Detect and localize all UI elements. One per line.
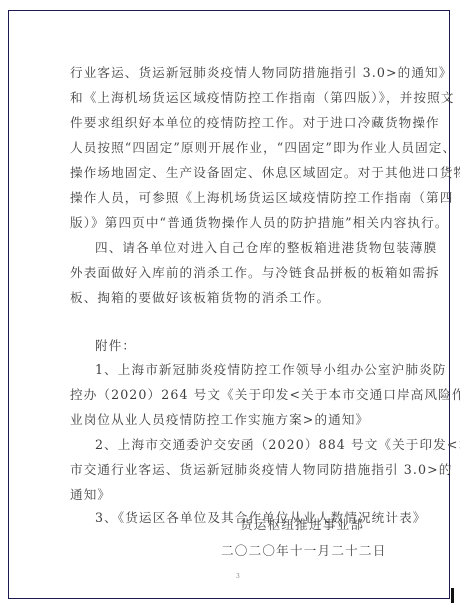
- body-line: 人员按照“四固定”原则开展作业，“四固定”即为作业人员固定、: [70, 139, 396, 157]
- body-line: 操作人员，可参照《上海机场货运区域疫情防控工作指南（第四: [70, 189, 396, 207]
- attachment-1-line: 控办（2020）264 号文《关于印发<关于本市交通口岸高风险作: [70, 386, 396, 404]
- item4-line: 板、掏箱的要做好该板箱货物的消杀工作。: [70, 289, 396, 307]
- attachment-1-line: 业岗位从业人员疫情防控工作实施方案>的通知》: [70, 411, 396, 429]
- attachment-2-line: 2、上海市交通委沪交安函（2020）884 号文《关于印发<本: [95, 436, 396, 454]
- attachment-1-line: 1、上海市新冠肺炎疫情防控工作领导小组办公室沪肺炎防: [95, 361, 396, 379]
- body-line: 件要求组织好本单位的疫情防控工作。对于进口冷藏货物操作: [70, 114, 396, 132]
- item4-line: 四、请各单位对进入自己仓库的整板箱进港货物包装薄膜: [95, 239, 396, 257]
- body-line: 和《上海机场货运区域疫情防控工作指南（第四版）》，并按照文: [70, 89, 396, 107]
- attachment-2-line: 通知》: [70, 486, 396, 504]
- body-line: 行业客运、货运新冠肺炎疫情人物同防措施指引 3.0>的通知》: [70, 64, 396, 82]
- page-number: 3: [236, 573, 240, 580]
- item4-line: 外表面做好入库前的消杀工作。与冷链食品拼板的板箱如需拆: [70, 264, 396, 282]
- attachments-heading: 附件：: [95, 337, 396, 355]
- signature-date: 二〇二〇年十一月二十二日: [221, 540, 387, 559]
- body-line: 操作场地固定、生产设备固定、休息区域固定。对于其他进口货物: [70, 164, 396, 182]
- signature-organization: 货运枢纽推进事业部: [240, 514, 364, 533]
- page-corner-mark: [451, 588, 454, 603]
- body-line: 版）》第四页中“普通货物操作人员的防护措施”相关内容执行。: [70, 214, 396, 232]
- attachment-2-line: 市交通行业客运、货运新冠肺炎疫情人物同防措施指引 3.0>的: [70, 461, 396, 479]
